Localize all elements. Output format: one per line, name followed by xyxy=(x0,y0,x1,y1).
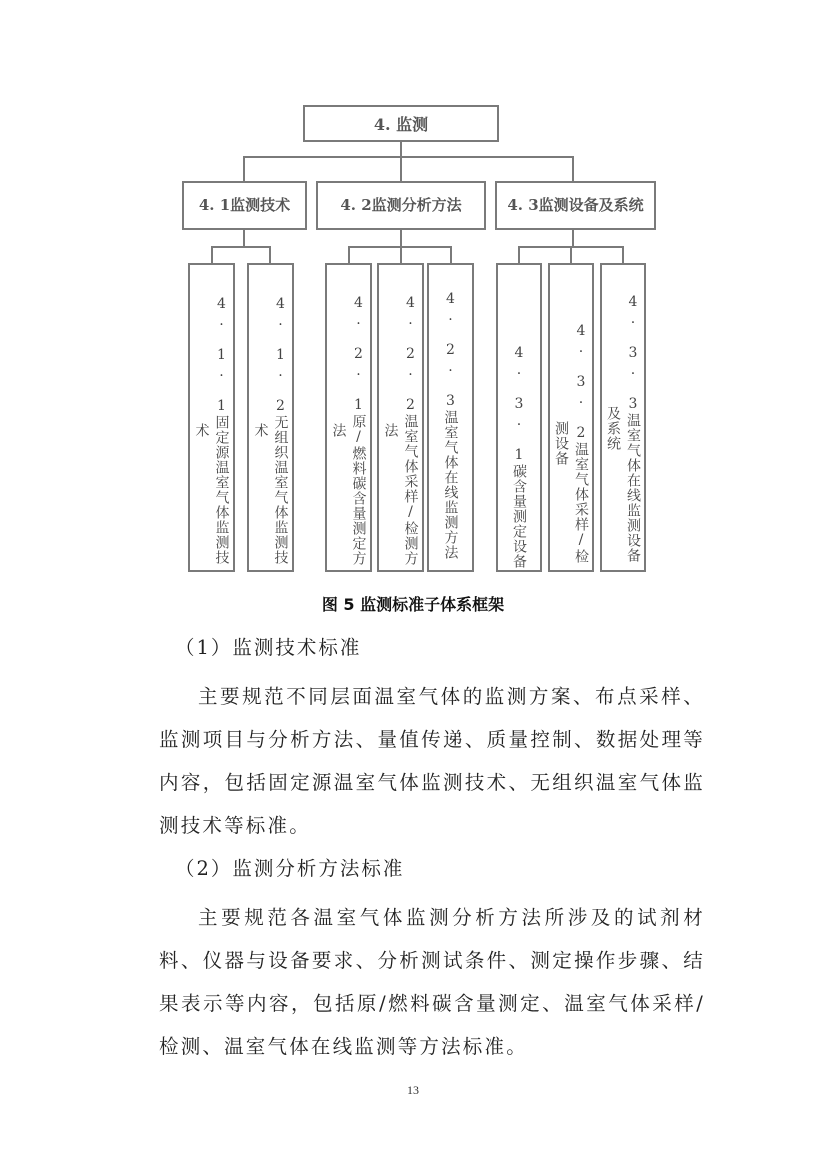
connector-to-branch-2 xyxy=(400,156,402,181)
connector-leaf-2-3 xyxy=(450,246,452,263)
section-heading-1: （1）监测技术标准 xyxy=(175,632,361,660)
connector-root-down xyxy=(400,141,402,157)
diagram-root-node: 4. 监测 xyxy=(303,105,499,142)
connector-leaf-3-3 xyxy=(622,246,624,263)
connector-branch-3-down xyxy=(572,229,574,247)
connector-leaf-1-1 xyxy=(211,246,213,263)
diagram-leaf-4-3-1: 4. 3. 1碳含量测定设备 xyxy=(496,263,542,572)
diagram-leaf-4-2-3: 4. 2. 3温室气体在线监测方法 xyxy=(427,263,474,572)
connector-branch-2-down xyxy=(400,229,402,247)
diagram-leaf-4-1-2: 4. 1. 2无组织温室气体监测技术 xyxy=(247,263,294,572)
connector-branch-1-down xyxy=(243,229,245,247)
diagram-branch-monitoring-technology: 4. 1监测技术 xyxy=(182,181,307,230)
connector-leaf-2-1 xyxy=(348,246,350,263)
section-body-2: 主要规范各温室气体监测分析方法所涉及的试剂材料、仪器与设备要求、分析测试条件、测… xyxy=(159,896,705,1068)
diagram-leaf-4-2-2: 4. 2. 2温室气体采样/检测方法 xyxy=(377,263,424,572)
connector-to-branch-3 xyxy=(572,156,574,181)
connector-leaf-1-2 xyxy=(269,246,271,263)
figure-caption: 图 5 监测标准子体系框架 xyxy=(0,592,826,615)
diagram-leaf-4-2-1: 4. 2. 1原/燃料碳含量测定方法 xyxy=(325,263,372,572)
diagram-branch-analysis-methods: 4. 2监测分析方法 xyxy=(316,181,486,230)
diagram-leaf-4-3-3: 4. 3. 3温室气体在线监测设备及系统 xyxy=(600,263,646,572)
connector-leaf-3-1 xyxy=(518,246,520,263)
section-heading-2: （2）监测分析方法标准 xyxy=(175,853,404,881)
connector-level1-bar xyxy=(243,156,574,158)
diagram-branch-equipment-systems: 4. 3监测设备及系统 xyxy=(495,181,656,230)
diagram-leaf-4-3-2: 4. 3. 2温室气体采样/检测设备 xyxy=(548,263,594,572)
page-number: 13 xyxy=(0,1083,826,1098)
section-body-1: 主要规范不同层面温室气体的监测方案、布点采样、监测项目与分析方法、量值传递、质量… xyxy=(159,675,705,847)
connector-to-branch-1 xyxy=(243,156,245,181)
connector-leaf-2-2 xyxy=(400,246,402,263)
connector-branch-1-bar xyxy=(211,246,271,248)
diagram-leaf-4-1-1: 4. 1. 1固定源温室气体监测技术 xyxy=(188,263,235,572)
connector-leaf-3-2 xyxy=(570,246,572,263)
